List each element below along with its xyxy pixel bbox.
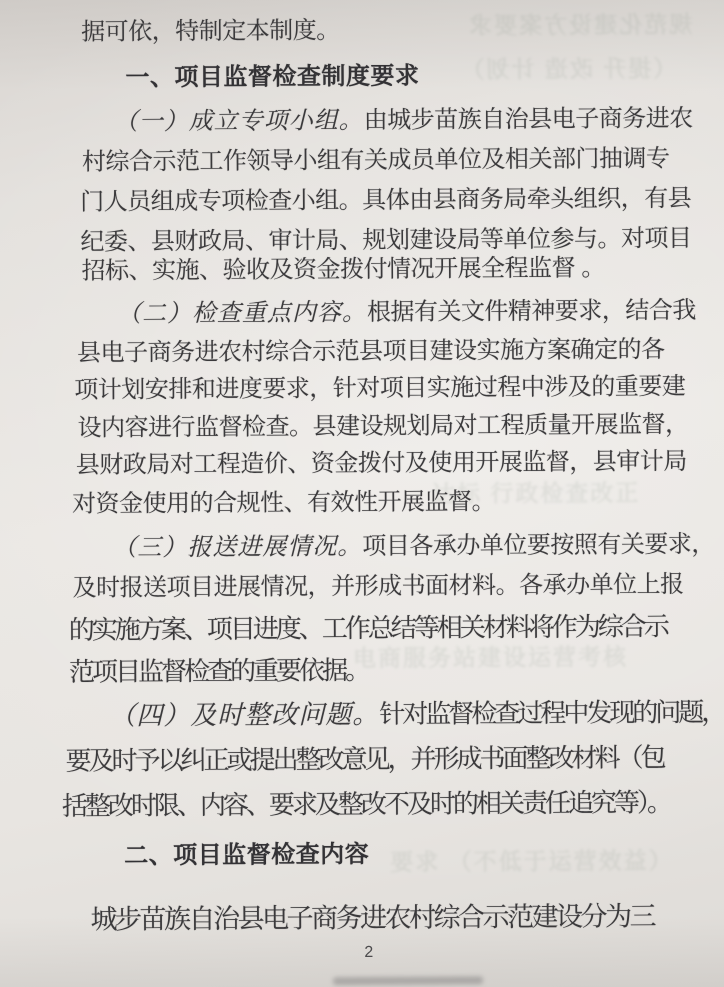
text-line: （三）报送进展情况。项目各承办单位要按照有关要求， [112, 524, 715, 563]
text-line: （二）检查重点内容。根据有关文件精神要求，结合我 [117, 290, 696, 329]
page-number: 2 [359, 944, 379, 962]
bleedthrough-layer: 规范化建设方案要求（提升 改造 计划）达标 行政检查改正电商服务站建设运营考核要… [0, 0, 721, 2]
ghost-text: （提升 改造 计划） [459, 50, 676, 84]
text-line: （四）及时整改问题。针对监督检查过程中发现的问题， [109, 692, 724, 733]
text-line: 村综合示范工作领导小组有关成员单位及相关部门抽调专 [82, 138, 670, 177]
ghost-text: 规范化建设方案要求 [467, 6, 692, 40]
text-line: 的实施方案、项目进度、工作总结等相关材料将作为综合示 [69, 606, 667, 647]
text-line: 设内容进行监督检查。县建设规划局对工程质量开展监督， [77, 404, 688, 443]
text-line: 对资金使用的合规性、有效性开展监督。 [72, 481, 495, 519]
text-line: 门人员组成专项检查小组。具体由县商务局牵头组织，有县 [80, 178, 691, 217]
line-text: 项目各承办单位要按照有关要求， [362, 531, 715, 560]
lead-phrase: （三）报送进展情况。 [112, 533, 362, 562]
text-line: 县财政局对工程造价、资金拨付及使用开展监督，县审计局 [76, 441, 687, 480]
text-line: 二、项目监督检查内容 [124, 834, 369, 870]
lead-phrase: （二）检查重点内容。 [117, 299, 367, 328]
line-text: 由城步苗族自治县电子商务进农 [364, 105, 693, 134]
text-line: 招标、实施、验收及资金拨付情况开展全程监督 。 [82, 248, 605, 286]
line-text: 根据有关文件精神要求，结合我 [367, 297, 696, 326]
line-text: 针对监督检查过程中发现的问题， [379, 697, 724, 729]
body-text: 据可依，特制定本制度。一、项目监督检查制度要求（一）成立专项小组。由城步苗族自治… [0, 0, 721, 2]
text-line: 项计划安排和进度要求，针对项目实施过程中涉及的重要建 [74, 366, 685, 405]
text-line: 范项目监督检查的重要依据。 [69, 650, 368, 689]
text-line: 括整改时限、内容、要求及整改不及时的相关责任追究等）。 [62, 782, 670, 823]
text-line: 县电子商务进农村综合示范县项目建设实施方案确定的各 [77, 329, 665, 368]
lead-phrase: （一）成立专项小组。 [114, 107, 364, 136]
page-sheet: 规范化建设方案要求（提升 改造 计划）达标 行政检查改正电商服务站建设运营考核要… [0, 0, 724, 987]
lead-phrase: （四）及时整改问题。 [109, 699, 379, 731]
text-line: （一）成立专项小组。由城步苗族自治县电子商务进农 [114, 98, 693, 137]
ghost-text: 要求 （不低于运营效益） [390, 842, 674, 877]
text-line: 一、项目监督检查制度要求 [125, 56, 419, 93]
text-line: 据可依，特制定本制度。 [81, 10, 340, 47]
bleedthrough-smudge [333, 976, 483, 985]
text-line: 城步苗族自治县电子商务进农村综合示范建设分为三 [90, 894, 654, 936]
text-line: 及时报送项目进展情况，并形成书面材料。各承办单位上报 [72, 564, 683, 603]
document-photo: 规范化建设方案要求（提升 改造 计划）达标 行政检查改正电商服务站建设运营考核要… [0, 0, 724, 987]
text-line: 要及时予以纠正或提出整改意见，并形成书面整改材料（包 [66, 737, 664, 778]
